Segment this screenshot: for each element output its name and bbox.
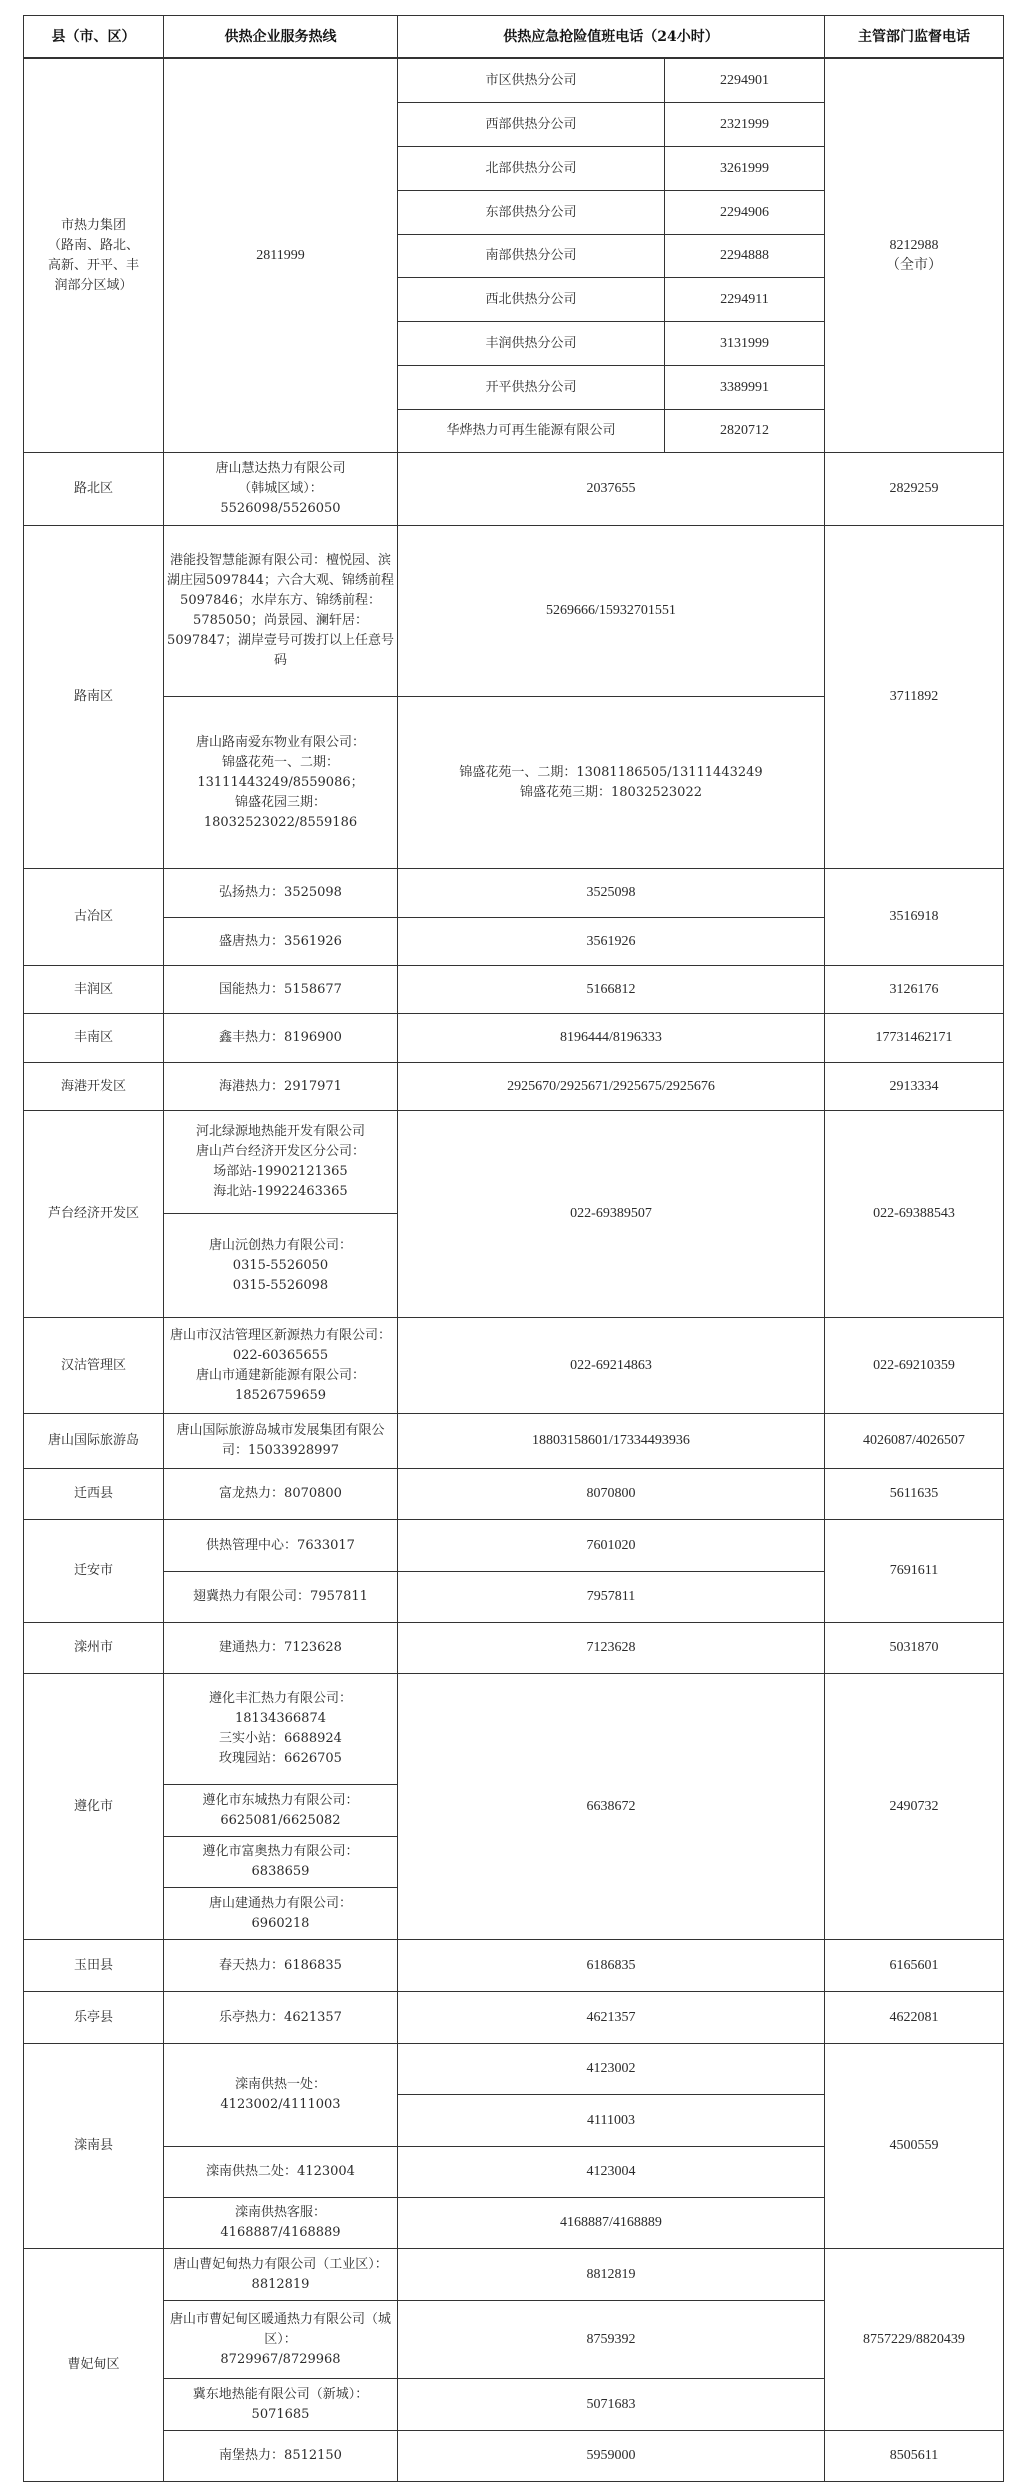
table-cell: 6165601 xyxy=(824,1939,1004,1992)
table-cell: 北部供热分公司 xyxy=(397,146,665,191)
table-cell: 开平供热分公司 xyxy=(397,365,665,410)
table-cell: 汉沽管理区 xyxy=(23,1317,164,1414)
table-cell: 4621357 xyxy=(397,1991,825,2044)
table-cell: 2037655 xyxy=(397,452,825,526)
table-cell: 市热力集团 （路南、路北、 高新、开平、丰 润部分区域） xyxy=(23,58,164,453)
table-cell: 海港热力：2917971 xyxy=(163,1062,398,1111)
table-cell: 022-69214863 xyxy=(397,1317,825,1414)
table-cell: 东部供热分公司 xyxy=(397,190,665,235)
table-cell: 海港开发区 xyxy=(23,1062,164,1111)
table-cell: 022-69210359 xyxy=(824,1317,1004,1414)
table-cell: 唐山市曹妃甸区暖通热力有限公司（城区）： 8729967/8729968 xyxy=(163,2300,398,2379)
table-cell: 3525098 xyxy=(397,868,825,918)
table-cell: 古冶区 xyxy=(23,868,164,966)
table-cell: 7601020 xyxy=(397,1519,825,1572)
table-cell: 8759392 xyxy=(397,2300,825,2379)
column-header: 供热企业服务热线 xyxy=(163,15,398,59)
table-cell: 遵化市东城热力有限公司： 6625081/6625082 xyxy=(163,1784,398,1837)
table-cell: 唐山慧达热力有限公司 （韩城区域）： 5526098/5526050 xyxy=(163,452,398,526)
table-cell: 国能热力：5158677 xyxy=(163,965,398,1014)
table-cell: 8812819 xyxy=(397,2248,825,2301)
table-cell: 2490732 xyxy=(824,1673,1004,1940)
table-cell: 玉田县 xyxy=(23,1939,164,1992)
table-cell: 8757229/8820439 xyxy=(824,2248,1004,2431)
heating-hotline-table: 县（市、区）供热企业服务热线供热应急抢险值班电话（24小时）主管部门监督电话市热… xyxy=(0,0,1027,2490)
table-cell: 2294911 xyxy=(664,277,825,322)
table-cell: 盛唐热力：3561926 xyxy=(163,917,398,966)
table-cell: 2321999 xyxy=(664,102,825,147)
table-cell: 遵化丰汇热力有限公司： 18134366874 三实小站：6688924 玫瑰园… xyxy=(163,1673,398,1785)
table-cell: 8212988 （全市） xyxy=(824,58,1004,453)
table-cell: 唐山路南爱东物业有限公司： 锦盛花苑一、二期： 13111443249/8559… xyxy=(163,696,398,869)
table-cell: 3711892 xyxy=(824,525,1004,869)
table-cell: 港能投智慧能源有限公司：檀悦园、滨湖庄园5097844；六合大观、锦绣前程509… xyxy=(163,525,398,697)
table-cell: 芦台经济开发区 xyxy=(23,1110,164,1318)
table-cell: 4111003 xyxy=(397,2094,825,2147)
table-cell: 市区供热分公司 xyxy=(397,58,665,103)
table-cell: 8070800 xyxy=(397,1468,825,1520)
table-cell: 翅冀热力有限公司：7957811 xyxy=(163,1571,398,1623)
table-cell: 富龙热力：8070800 xyxy=(163,1468,398,1520)
table-cell: 3131999 xyxy=(664,321,825,366)
table-cell: 17731462171 xyxy=(824,1013,1004,1063)
table-cell: 滦南供热一处： 4123002/4111003 xyxy=(163,2043,398,2147)
table-cell: 8505611 xyxy=(824,2430,1004,2482)
table-cell: 建通热力：7123628 xyxy=(163,1622,398,1674)
table-cell: 4622081 xyxy=(824,1991,1004,2044)
table-cell: 曹妃甸区 xyxy=(23,2248,164,2482)
table-cell: 供热管理中心：7633017 xyxy=(163,1519,398,1572)
table-cell: 遵化市 xyxy=(23,1673,164,1940)
table-cell: 4168887/4168889 xyxy=(397,2197,825,2249)
table-cell: 唐山建通热力有限公司： 6960218 xyxy=(163,1887,398,1940)
table-cell: 遵化市富奥热力有限公司： 6838659 xyxy=(163,1836,398,1888)
table-cell: 3261999 xyxy=(664,146,825,191)
table-cell: 4500559 xyxy=(824,2043,1004,2249)
table-cell: 南部供热分公司 xyxy=(397,234,665,278)
table-cell: 唐山曹妃甸热力有限公司（工业区）：8812819 xyxy=(163,2248,398,2301)
table-cell: 鑫丰热力：8196900 xyxy=(163,1013,398,1063)
table-cell: 3126176 xyxy=(824,965,1004,1014)
table-cell: 2913334 xyxy=(824,1062,1004,1111)
table-cell: 丰润供热分公司 xyxy=(397,321,665,366)
table-cell: 8196444/8196333 xyxy=(397,1013,825,1063)
table-cell: 丰南区 xyxy=(23,1013,164,1063)
table-cell: 唐山沅创热力有限公司： 0315-5526050 0315-5526098 xyxy=(163,1213,398,1318)
table-cell: 022-69388543 xyxy=(824,1110,1004,1318)
table-cell: 锦盛花苑一、二期：13081186505/13111443249 锦盛花苑三期：… xyxy=(397,696,825,869)
table-cell: 冀东地热能有限公司（新城）：5071685 xyxy=(163,2378,398,2431)
column-header: 县（市、区） xyxy=(23,15,164,59)
column-header: 主管部门监督电话 xyxy=(824,15,1004,59)
table-cell: 路南区 xyxy=(23,525,164,869)
table-cell: 弘扬热力：3525098 xyxy=(163,868,398,918)
table-cell: 迁西县 xyxy=(23,1468,164,1520)
table-cell: 华烨热力可再生能源有限公司 xyxy=(397,409,665,453)
table-cell: 滦南供热客服： 4168887/4168889 xyxy=(163,2197,398,2249)
table-cell: 6638672 xyxy=(397,1673,825,1940)
table-cell: 5269666/15932701551 xyxy=(397,525,825,697)
table-cell: 南堡热力：8512150 xyxy=(163,2430,398,2482)
table-cell: 2829259 xyxy=(824,452,1004,526)
table-cell: 4026087/4026507 xyxy=(824,1413,1004,1469)
table-cell: 5959000 xyxy=(397,2430,825,2482)
table-cell: 6186835 xyxy=(397,1939,825,1992)
table-cell: 4123002 xyxy=(397,2043,825,2095)
table-cell: 022-69389507 xyxy=(397,1110,825,1318)
table-cell: 西部供热分公司 xyxy=(397,102,665,147)
table-cell: 乐亭热力：4621357 xyxy=(163,1991,398,2044)
column-header: 供热应急抢险值班电话（24小时） xyxy=(397,15,825,59)
table-cell: 滦州市 xyxy=(23,1622,164,1674)
table-cell: 5166812 xyxy=(397,965,825,1014)
table-cell: 5611635 xyxy=(824,1468,1004,1520)
table-cell: 2925670/2925671/2925675/2925676 xyxy=(397,1062,825,1111)
table-cell: 迁安市 xyxy=(23,1519,164,1623)
table-cell: 2294888 xyxy=(664,234,825,278)
table-cell: 5071683 xyxy=(397,2378,825,2431)
table-cell: 路北区 xyxy=(23,452,164,526)
table-cell: 丰润区 xyxy=(23,965,164,1014)
table-cell: 滦南供热二处：4123004 xyxy=(163,2146,398,2198)
table-cell: 2294901 xyxy=(664,58,825,103)
table-cell: 滦南县 xyxy=(23,2043,164,2249)
table-cell: 3516918 xyxy=(824,868,1004,966)
table-cell: 唐山国际旅游岛 xyxy=(23,1413,164,1469)
table-cell: 7691611 xyxy=(824,1519,1004,1623)
table-cell: 2820712 xyxy=(664,409,825,453)
table-cell: 河北绿源地热能开发有限公司 唐山芦台经济开发区分公司： 场部站-19902121… xyxy=(163,1110,398,1214)
table-cell: 唐山市汉沽管理区新源热力有限公司：022-60365655 唐山市通建新能源有限… xyxy=(163,1317,398,1414)
table-cell: 18803158601/17334493936 xyxy=(397,1413,825,1469)
table-cell: 西北供热分公司 xyxy=(397,277,665,322)
table-cell: 5031870 xyxy=(824,1622,1004,1674)
table-cell: 乐亭县 xyxy=(23,1991,164,2044)
table-cell: 4123004 xyxy=(397,2146,825,2198)
table-cell: 7957811 xyxy=(397,1571,825,1623)
table-cell: 3389991 xyxy=(664,365,825,410)
table-cell: 2811999 xyxy=(163,58,398,453)
table-cell: 7123628 xyxy=(397,1622,825,1674)
table-cell: 春天热力：6186835 xyxy=(163,1939,398,1992)
table-cell: 2294906 xyxy=(664,190,825,235)
table-cell: 唐山国际旅游岛城市发展集团有限公司：15033928997 xyxy=(163,1413,398,1469)
table-cell: 3561926 xyxy=(397,917,825,966)
